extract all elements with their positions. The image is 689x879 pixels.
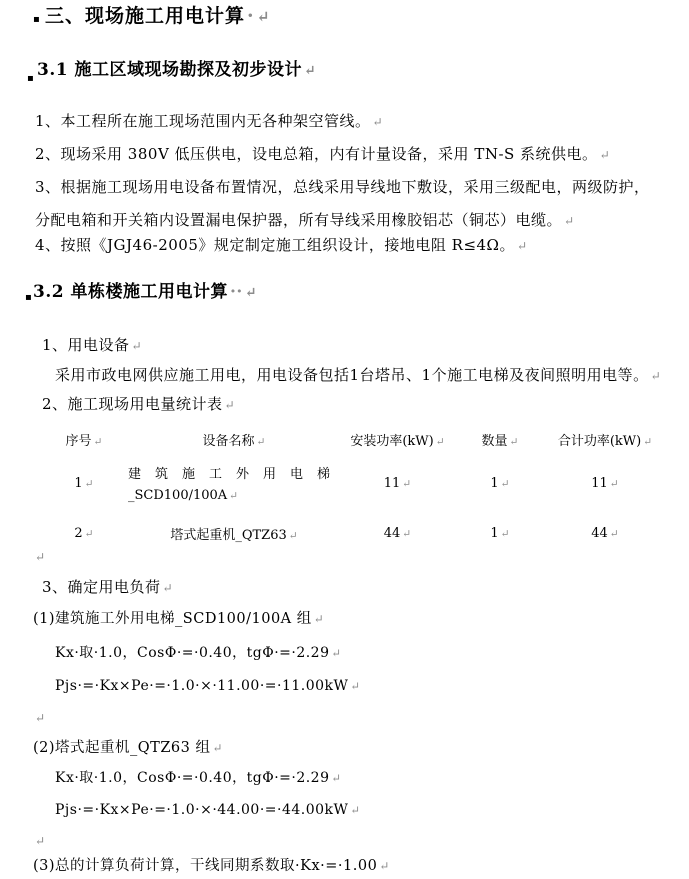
paragraph-text: 2、现场采用 380V 低压供电，设电总箱，内有计量设备，采用 TN-S 系统供…: [35, 145, 598, 163]
load-calc-3-heading: (3)总的计算负荷计算，干线同期系数取·Kx·=·1.00↵: [33, 857, 390, 875]
header-text: 数量: [482, 434, 508, 449]
paragraph-mark: ↵: [402, 477, 411, 490]
load-heading-text: (2)塔式起重机_QTZ63 组: [33, 740, 210, 756]
cell-text: 2: [74, 526, 82, 541]
cell-installed-power: 44↵: [384, 526, 411, 541]
table-header-row: 序号↵ 设备名称↵ 安装功率(kW)↵ 数量↵ 合计功率(kW)↵: [40, 424, 665, 454]
item-power-equipment-body: 采用市政电网供应施工用电，用电设备包括1台塔吊、1个施工电梯及夜间照明用电等。↵: [55, 366, 661, 385]
empty-paragraph-mark: ↵: [35, 547, 46, 566]
paragraph-mark: ↵: [436, 435, 445, 448]
paragraph-text: 分配电箱和开关箱内设置漏电保护器，所有导线采用橡胶铝芯（铜芯）电缆。: [35, 211, 562, 229]
table-header-total-power: 合计功率(kW)↵: [558, 430, 652, 449]
load-calc-1-formula: Pjs·=·Kx×Pe·=·1.0·×·11.00·=·11.00kW↵: [55, 678, 361, 696]
load-heading-text: (3)总的计算负荷计算，干线同期系数取·Kx·=·1.00: [33, 858, 377, 874]
paragraph-mark: ↵: [304, 63, 316, 79]
paragraph-mark: ↵: [257, 435, 266, 448]
document-page: { "pilcrow": "↵", "square_bullet": "▪", …: [0, 0, 689, 879]
paragraph-mark: ↵: [212, 741, 222, 755]
paragraph-mark: ↵: [610, 477, 619, 490]
cell-installed-power: 11↵: [384, 476, 411, 491]
table-header-serial: 序号↵: [66, 430, 103, 449]
header-text: 合计功率(kW): [558, 434, 641, 449]
paragraph-mark: ↵: [332, 771, 342, 785]
cell-text: 1: [490, 526, 498, 541]
table-row: 2↵ 塔式起重机_QTZ63↵ 44↵ 1↵ 44↵: [40, 516, 665, 550]
item-usage-table-label: 2、施工现场用电量统计表↵: [42, 395, 235, 414]
body-paragraph: 3、根据施工现场用电设备布置情况，总线采用导线地下敷设，采用三级配电，两级防护，: [35, 178, 650, 197]
table-header-quantity: 数量↵: [482, 430, 519, 449]
paragraph-mark: ↵: [501, 527, 510, 540]
heading-3-1-text: 3.1 施工区域现场勘探及初步设计: [37, 60, 302, 80]
device-name-line1: 建筑施工外用电梯: [128, 463, 340, 482]
heading-3-1: 3.1 施工区域现场勘探及初步设计↵: [37, 60, 316, 81]
paragraph-mark: ↵: [257, 7, 271, 26]
header-text: 设备名称: [203, 434, 255, 449]
list-bullet-icon: ▪: [27, 74, 34, 84]
body-paragraph: 分配电箱和开关箱内设置漏电保护器，所有导线采用橡胶铝芯（铜芯）电缆。↵: [35, 211, 575, 230]
paragraph-mark: ↵: [85, 527, 94, 540]
cell-text: 1: [74, 476, 82, 491]
paragraph-mark: ↵: [600, 148, 611, 162]
formula-text: Pjs·=·Kx×Pe·=·1.0·×·11.00·=·11.00kW: [55, 678, 348, 694]
paragraph-mark: ↵: [35, 834, 46, 848]
paragraph-mark: ↵: [610, 527, 619, 540]
paragraph-mark: ↵: [35, 550, 46, 564]
paragraph-mark: ↵: [225, 398, 236, 412]
paragraph-mark: ↵: [501, 477, 510, 490]
item-load-determination: 3、确定用电负荷↵: [42, 578, 173, 597]
empty-paragraph-mark: ↵: [35, 831, 46, 850]
paragraph-mark: ↵: [245, 285, 257, 301]
paragraph-mark: ↵: [651, 369, 662, 383]
paragraph-text: 采用市政电网供应施工用电，用电设备包括1台塔吊、1个施工电梯及夜间照明用电等。: [55, 366, 649, 384]
load-calc-1-heading: (1)建筑施工外用电梯_SCD100/100A 组↵: [33, 610, 324, 628]
space-mark: ·: [247, 5, 255, 27]
paragraph-mark: ↵: [373, 115, 384, 129]
paragraph-mark: ↵: [510, 435, 519, 448]
body-paragraph: 4、按照《JGJ46-2005》规定制定施工组织设计，接地电阻 R≤4Ω。↵: [35, 236, 528, 255]
cell-total-power: 44↵: [591, 526, 618, 541]
paragraph-mark: ↵: [332, 646, 342, 660]
cell-quantity: 1↵: [490, 526, 509, 541]
load-calc-2-factors: Kx·取·1.0，CosΦ·=·0.40，tgΦ·=·2.29↵: [55, 770, 342, 788]
item-label-text: 3、确定用电负荷: [42, 578, 161, 596]
item-power-equipment: 1、用电设备↵: [42, 336, 142, 355]
paragraph-text: 3、根据施工现场用电设备布置情况，总线采用导线地下敷设，采用三级配电，两级防护，: [35, 178, 650, 196]
load-calc-2-heading: (2)塔式起重机_QTZ63 组↵: [33, 739, 223, 757]
paragraph-text: 4、按照《JGJ46-2005》规定制定施工组织设计，接地电阻 R≤4Ω。: [35, 236, 515, 254]
device-name-line2: _SCD100/100A↵: [128, 488, 340, 503]
item-label-text: 2、施工现场用电量统计表: [42, 395, 223, 413]
table-header-device: 设备名称↵: [203, 430, 266, 449]
list-bullet-icon: ▪: [33, 15, 40, 25]
paragraph-mark: ↵: [94, 435, 103, 448]
cell-serial: 2↵: [74, 526, 93, 541]
cell-device: 塔式起重机_QTZ63↵: [170, 524, 297, 543]
formula-text: Pjs·=·Kx×Pe·=·1.0·×·44.00·=·44.00kW: [55, 802, 348, 818]
body-paragraph: 1、本工程所在施工现场范围内无各种架空管线。↵: [35, 112, 383, 131]
paragraph-mark: ↵: [132, 339, 143, 353]
empty-paragraph-mark: ↵: [35, 708, 46, 727]
formula-text: Kx·取·1.0，CosΦ·=·0.40，tgΦ·=·2.29: [55, 770, 330, 786]
header-text: 序号: [66, 434, 92, 449]
paragraph-mark: ↵: [35, 711, 46, 725]
cell-quantity: 1↵: [490, 476, 509, 491]
paragraph-mark: ↵: [289, 529, 298, 542]
formula-text: Kx·取·1.0，CosΦ·=·0.40，tgΦ·=·2.29: [55, 645, 330, 661]
load-heading-text: (1)建筑施工外用电梯_SCD100/100A 组: [33, 611, 312, 627]
paragraph-mark: ↵: [85, 477, 94, 490]
cell-device: 建筑施工外用电梯 _SCD100/100A↵: [128, 463, 340, 503]
paragraph-mark: ↵: [163, 581, 174, 595]
paragraph-mark: ↵: [314, 612, 324, 626]
item-label-text: 1、用电设备: [42, 336, 130, 354]
cell-text: 44: [384, 526, 401, 541]
cell-text: _SCD100/100A: [128, 488, 227, 503]
paragraph-mark: ↵: [350, 803, 360, 817]
paragraph-mark: ↵: [379, 859, 389, 873]
paragraph-mark: ↵: [402, 527, 411, 540]
paragraph-mark: ↵: [643, 435, 652, 448]
paragraph-text: 1、本工程所在施工现场范围内无各种架空管线。: [35, 112, 371, 130]
heading-3-2: 3.2 单栋楼施工用电计算··↵: [33, 282, 257, 303]
cell-text: 44: [591, 526, 608, 541]
paragraph-mark: ↵: [564, 214, 575, 228]
load-calc-2-formula: Pjs·=·Kx×Pe·=·1.0·×·44.00·=·44.00kW↵: [55, 802, 361, 820]
cell-text: 塔式起重机_QTZ63: [170, 528, 286, 543]
heading-3-2-text: 3.2 单栋楼施工用电计算: [33, 282, 228, 302]
header-text: 安装功率(kW): [350, 434, 433, 449]
cell-serial: 1↵: [74, 476, 93, 491]
cell-text: 1: [490, 476, 498, 491]
table-header-installed-power: 安装功率(kW)↵: [350, 430, 444, 449]
list-bullet-icon: ▪: [25, 293, 32, 303]
cell-text: 11: [591, 476, 608, 491]
paragraph-mark: ↵: [517, 239, 528, 253]
paragraph-mark: ↵: [350, 679, 360, 693]
power-usage-table: 序号↵ 设备名称↵ 安装功率(kW)↵ 数量↵ 合计功率(kW)↵ 1↵ 建筑施…: [40, 424, 665, 550]
cell-text: 11: [384, 476, 401, 491]
cell-total-power: 11↵: [591, 476, 618, 491]
body-paragraph: 2、现场采用 380V 低压供电，设电总箱，内有计量设备，采用 TN-S 系统供…: [35, 145, 610, 164]
doc-title-text: 三、现场施工用电计算: [45, 5, 245, 27]
load-calc-1-factors: Kx·取·1.0，CosΦ·=·0.40，tgΦ·=·2.29↵: [55, 645, 342, 663]
table-row: 1↵ 建筑施工外用电梯 _SCD100/100A↵ 11↵ 1↵ 11↵: [40, 454, 665, 512]
doc-title: 三、现场施工用电计算·↵: [45, 5, 271, 29]
paragraph-mark: ↵: [229, 489, 238, 502]
space-mark: ··: [230, 282, 243, 302]
